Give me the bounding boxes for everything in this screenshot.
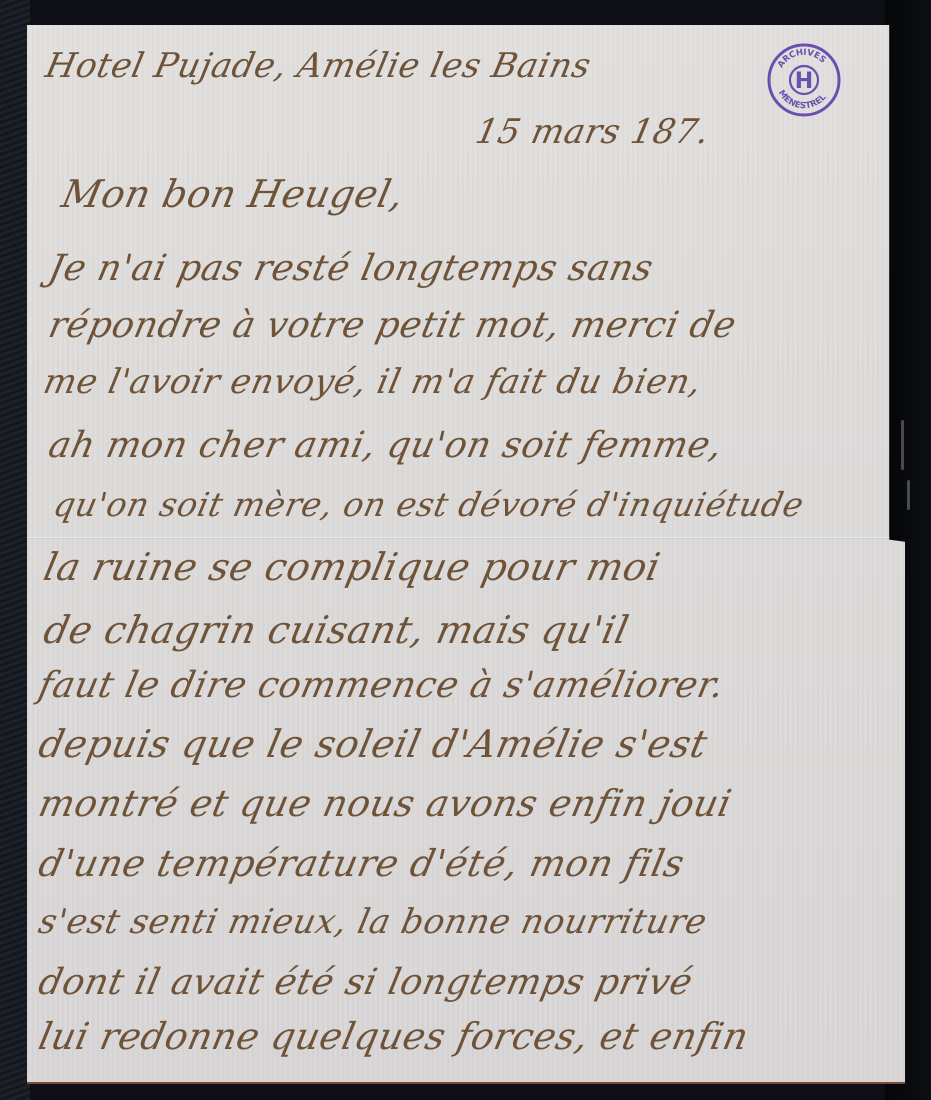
letter-location: Hotel Pujade, Amélie les Bains <box>42 46 595 86</box>
letter-line: répondre à votre petit mot, merci de <box>45 305 740 346</box>
letter-line: faut le dire commence à s'améliorer. <box>35 665 728 706</box>
archives-stamp-icon: H ARCHIVES MENESTREL <box>767 43 841 117</box>
letter-line: depuis que le soleil d'Amélie s'est <box>35 722 712 766</box>
letter-line: qu'on soit mère, on est dévoré d'inquiét… <box>50 485 807 524</box>
letter-line: montré et que nous avons enfin joui <box>35 782 735 825</box>
letter-line: dont il avait été si longtemps privé <box>35 962 696 1003</box>
stamp-monogram: H <box>795 69 813 94</box>
letter-line: la ruine se complique pour moi <box>40 545 664 589</box>
letter-line: ah mon cher ami, qu'on soit femme, <box>45 425 726 466</box>
letter-line: d'une température d'été, mon fils <box>35 842 688 885</box>
letter-line: s'est senti mieux, la bonne nourriture <box>35 902 711 942</box>
background-mark <box>901 420 904 470</box>
letter-line: lui redonne quelques forces, et enfin <box>35 1015 753 1058</box>
background-left <box>0 0 30 1100</box>
letter-line: me l'avoir envoyé, il m'a fait du bien, <box>40 362 705 402</box>
letter-line: Je n'ai pas resté longtemps sans <box>45 248 657 289</box>
letter-date: 15 mars 187. <box>472 112 713 152</box>
letter-salutation: Mon bon Heugel, <box>58 172 408 216</box>
background-mark <box>907 480 910 510</box>
paper-fold <box>27 537 905 539</box>
letter-line: de chagrin cuisant, mais qu'il <box>40 608 633 652</box>
